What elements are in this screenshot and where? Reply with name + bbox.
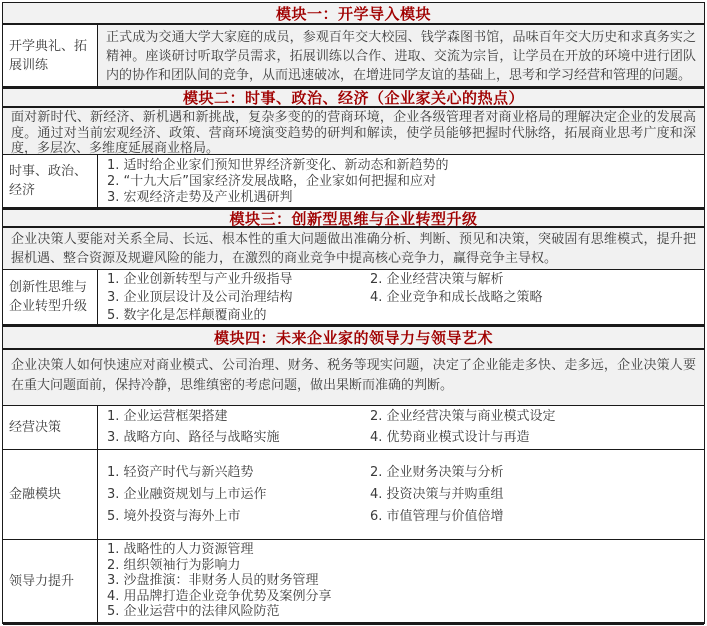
list-item: 1. 适时给企业家们预知世界经济新变化、新动态和新趋势的: [107, 157, 698, 173]
list-item: 4. 优势商业模式设计与再造: [370, 428, 698, 448]
list-item: 3. 战略方向、路径与战略实施: [107, 428, 370, 448]
module4-row-finance: 金融模块 1. 轻资产时代与新兴趋势 2. 企业财务决策与分析 3. 企业融资规…: [3, 450, 704, 540]
module2-header: 模块二：时事、政治、经济（企业家关心的热点）: [3, 87, 704, 108]
module1-row-opening: 开学典礼、拓展训练 正式成为交通大学大家庭的成员，参观百年交大校园、钱学森图书馆…: [3, 25, 704, 87]
leadership-topic-list: 1. 战略性的人力资源管理 2. 组织领袖行为影响力 3. 沙盘推演：非财务人员…: [98, 540, 704, 622]
innovative-thinking-topic-list: 1. 企业创新转型与产业升级指导 2. 企业经营决策与解析 3. 企业顶层设计及…: [98, 270, 704, 324]
course-modules-page: 模块一：开学导入模块 开学典礼、拓展训练 正式成为交通大学大家庭的成员，参观百年…: [0, 0, 707, 626]
opening-ceremony-description: 正式成为交通大学大家庭的成员，参观百年交大校园、钱学森图书馆，品味百年交大历史和…: [98, 25, 704, 86]
list-item: 2. 企业财务决策与分析: [370, 462, 698, 483]
list-item: 3. 企业顶层设计及公司治理结构: [107, 289, 370, 306]
list-item: 4. 投资决策与并购重组: [370, 484, 698, 505]
module3-header: 模块三：创新型思维与企业转型升级: [3, 208, 704, 228]
module3-header-title: 模块三：创新型思维与企业转型升级: [229, 208, 477, 228]
list-item: 6. 市值管理与价值倍增: [370, 506, 698, 527]
module4-header-title: 模块四：未来企业家的领导力与领导艺术: [214, 327, 493, 348]
current-affairs-label: 时事、政治、经济: [3, 155, 98, 207]
module4-row-leadership: 领导力提升 1. 战略性的人力资源管理 2. 组织领袖行为影响力 3. 沙盘推演…: [3, 540, 704, 623]
list-item: 4. 企业竞争和成长战略之策略: [370, 289, 698, 306]
module4-intro: 企业决策人如何快速应对商业模式、公司治理、财务、税务等现实问题，决定了企业能走多…: [3, 350, 704, 406]
business-decision-label: 经营决策: [3, 406, 98, 449]
list-item: 2. 组织领袖行为影响力: [107, 558, 698, 574]
list-item: 5. 数字化是怎样颠覆商业的: [107, 307, 370, 324]
opening-ceremony-label: 开学典礼、拓展训练: [3, 25, 98, 86]
list-item: 1. 战略性的人力资源管理: [107, 542, 698, 558]
list-item: 1. 轻资产时代与新兴趋势: [107, 462, 370, 483]
current-affairs-topic-list: 1. 适时给企业家们预知世界经济新变化、新动态和新趋势的 2. “十九大后”国家…: [98, 155, 704, 207]
course-modules-table: 模块一：开学导入模块 开学典礼、拓展训练 正式成为交通大学大家庭的成员，参观百年…: [2, 2, 705, 624]
module3-row-innovation: 创新性思维与企业转型升级 1. 企业创新转型与产业升级指导 2. 企业经营决策与…: [3, 270, 704, 325]
list-item: 3. 宏观经济走势及产业机遇研判: [107, 189, 698, 205]
innovative-thinking-label: 创新性思维与企业转型升级: [3, 270, 98, 324]
module1-header: 模块一：开学导入模块: [3, 3, 704, 25]
module4-row-business-decision: 经营决策 1. 企业运营框架搭建 2. 企业经营决策与商业模式设定 3. 战略方…: [3, 406, 704, 450]
list-item: 3. 企业融资规划与上市运作: [107, 484, 370, 505]
module2-row-topics: 时事、政治、经济 1. 适时给企业家们预知世界经济新变化、新动态和新趋势的 2.…: [3, 155, 704, 208]
list-item: 4. 用品牌打造企业竞争优势及案例分享: [107, 589, 698, 605]
list-item: 1. 企业运营框架搭建: [107, 407, 370, 427]
list-item: 2. 企业经营决策与解析: [370, 271, 698, 288]
module3-intro: 企业决策人要能对关系全局、长远、根本性的重大问题做出准确分析、判断、预见和决策，…: [3, 228, 704, 270]
next-row-partial: [3, 623, 704, 625]
finance-module-label: 金融模块: [3, 450, 98, 539]
list-item: 3. 沙盘推演：非财务人员的财务管理: [107, 573, 698, 589]
list-item: 2. “十九大后”国家经济发展战略，企业家如何把握和应对: [107, 173, 698, 189]
leadership-label: 领导力提升: [3, 540, 98, 622]
list-item: 5. 境外投资与海外上市: [107, 506, 370, 527]
list-item: 2. 企业经营决策与商业模式设定: [370, 407, 698, 427]
module4-header: 模块四：未来企业家的领导力与领导艺术: [3, 325, 704, 350]
module2-intro: 面对新时代、新经济、新机遇和新挑战，复杂多变的的营商环境，企业各级管理者对商业格…: [3, 108, 704, 155]
finance-topic-list: 1. 轻资产时代与新兴趋势 2. 企业财务决策与分析 3. 企业融资规划与上市运…: [98, 450, 704, 539]
list-item: 5. 企业运营中的法律风险防范: [107, 604, 698, 620]
module1-header-title: 模块一：开学导入模块: [276, 3, 431, 24]
module2-header-title: 模块二：时事、政治、经济（企业家关心的热点）: [183, 87, 524, 108]
list-item: 1. 企业创新转型与产业升级指导: [107, 271, 370, 288]
business-decision-topic-list: 1. 企业运营框架搭建 2. 企业经营决策与商业模式设定 3. 战略方向、路径与…: [98, 406, 704, 449]
